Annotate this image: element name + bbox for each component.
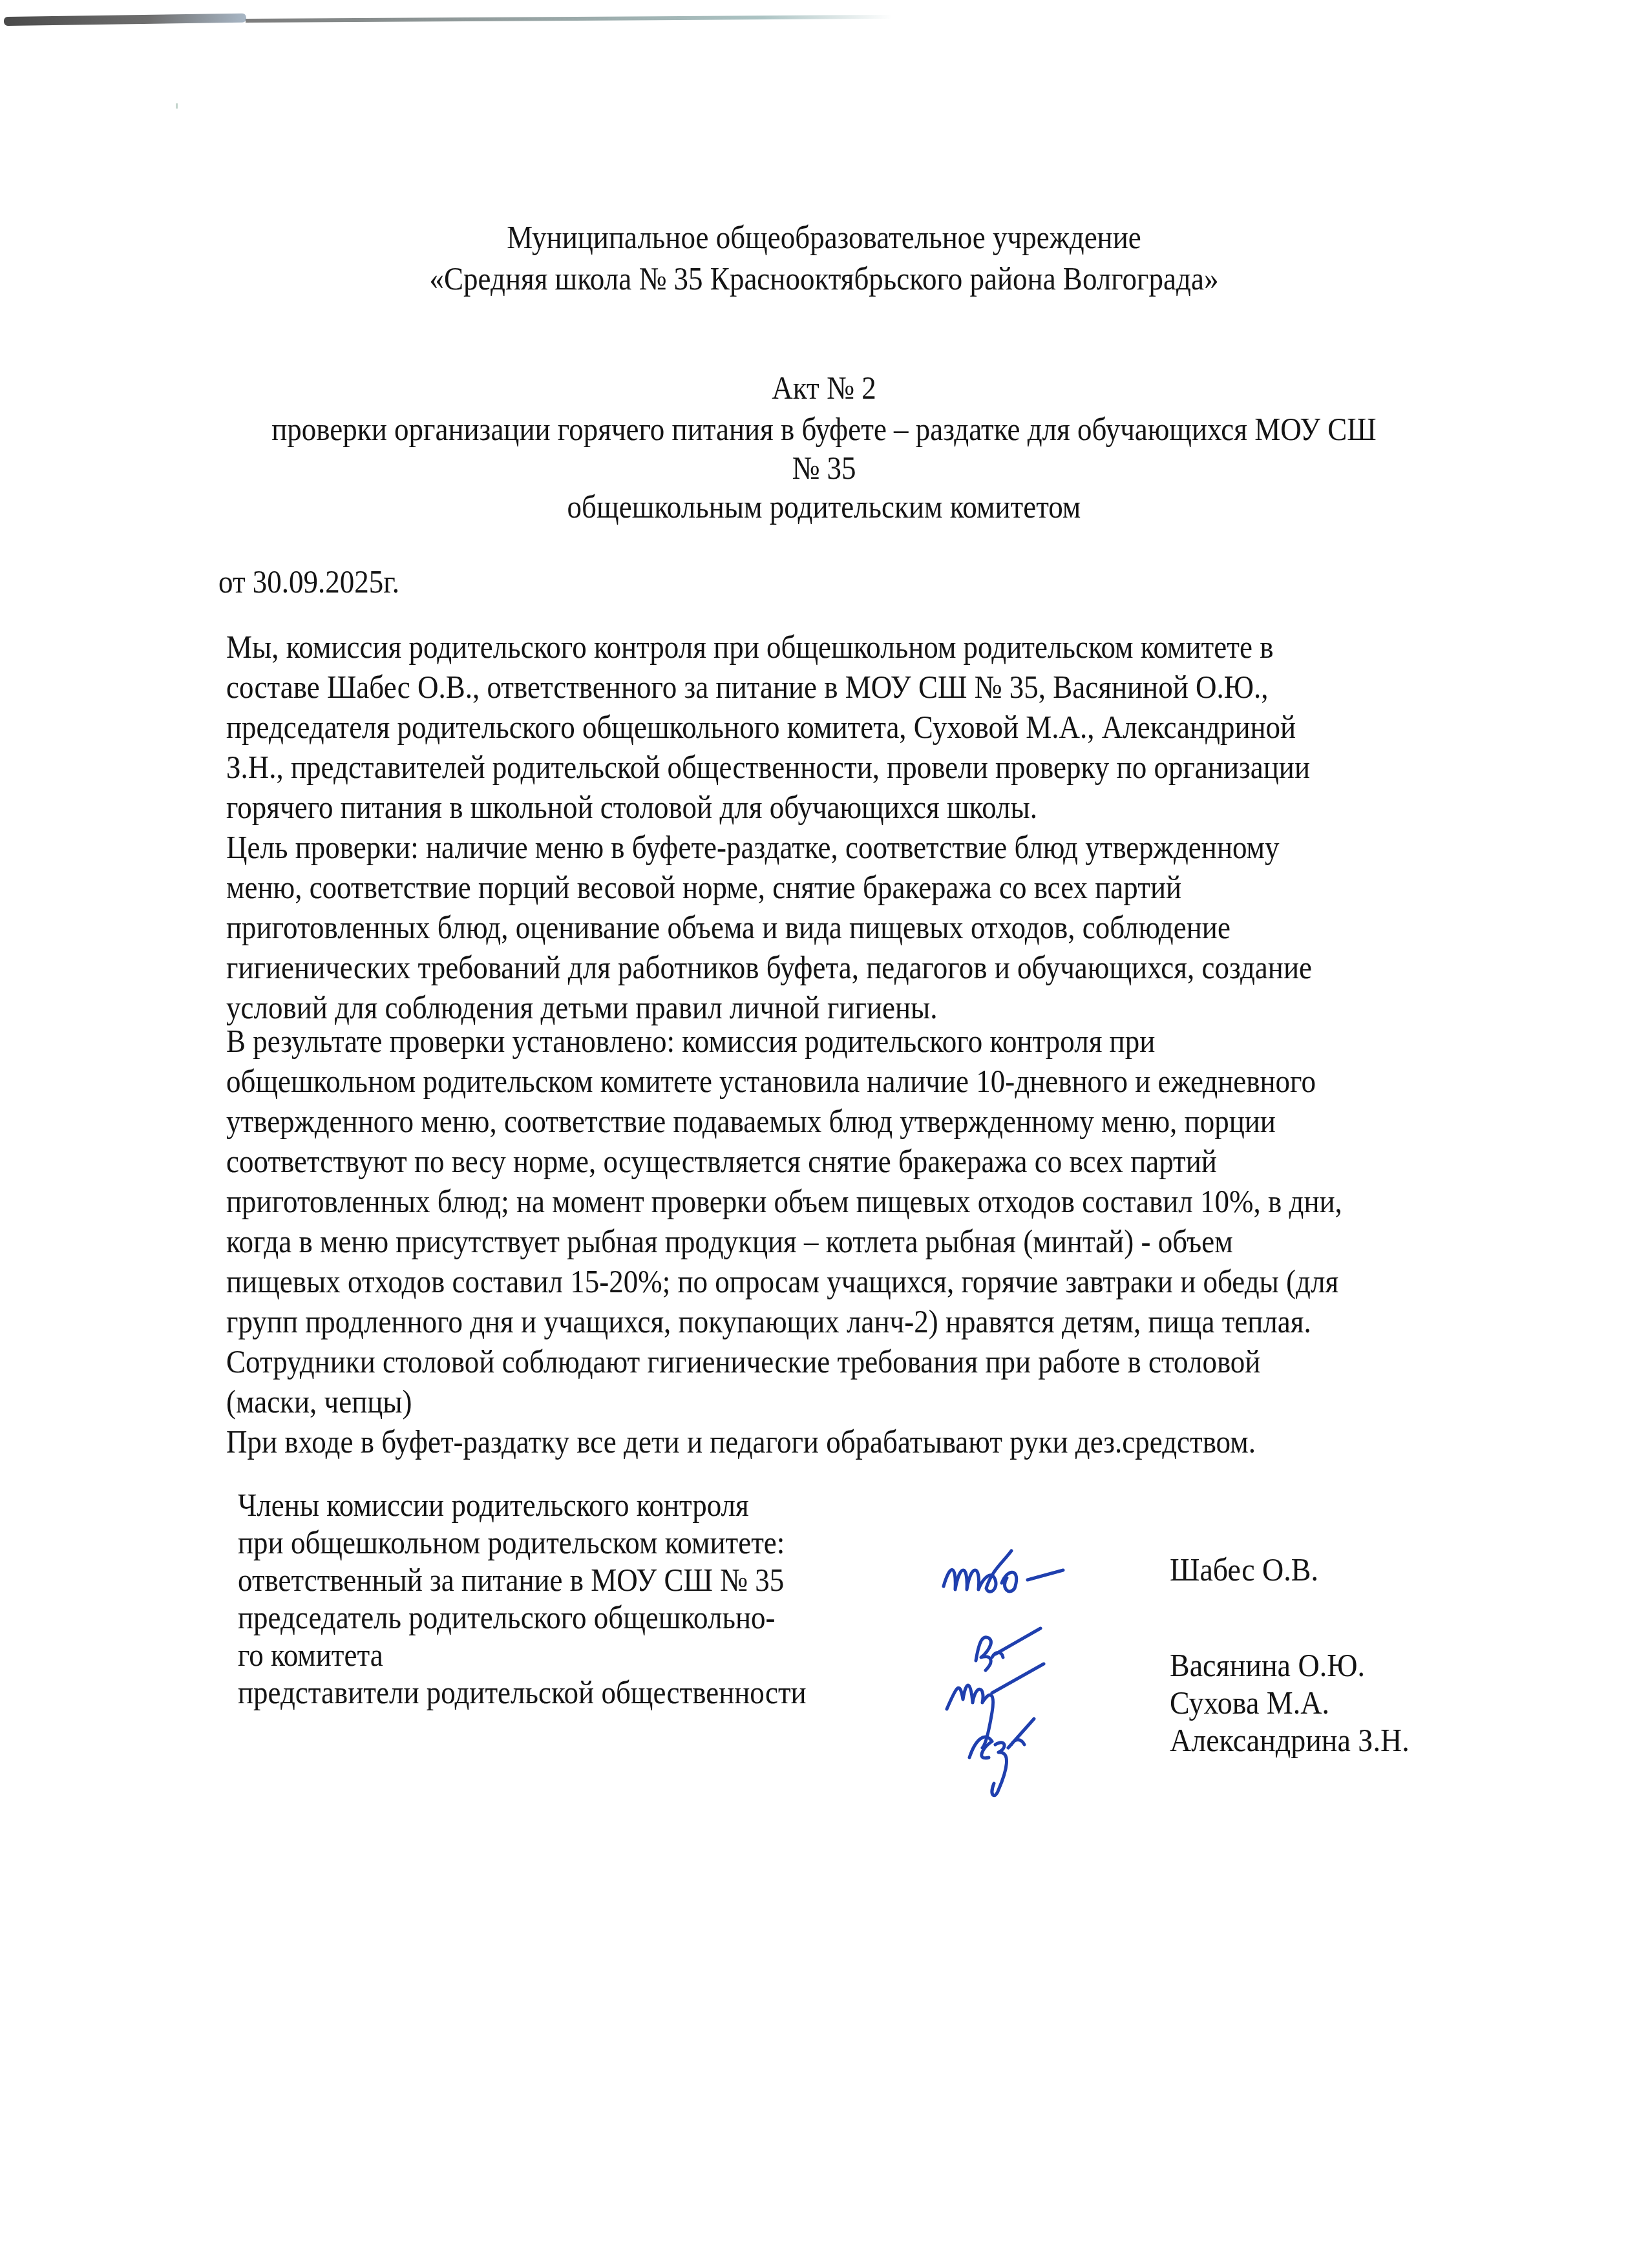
text-line: З.Н., представителей родительской общест… bbox=[226, 747, 1401, 787]
act-subtitle-line-3: общешкольным родительским комитетом bbox=[83, 487, 1566, 526]
text-line: приготовленных блюд, оценивание объема и… bbox=[226, 907, 1401, 947]
text-line: Сотрудники столовой соблюдают гигиеничес… bbox=[226, 1341, 1401, 1381]
act-subtitle-line-1: проверки организации горячего питания в … bbox=[83, 410, 1566, 448]
text-line: При входе в буфет-раздатку все дети и пе… bbox=[226, 1422, 1401, 1462]
text-line: пищевых отходов составил 15-20%; по опро… bbox=[226, 1261, 1401, 1301]
commission-members-roles: Члены комиссии родительского контроля пр… bbox=[238, 1486, 807, 1711]
text-line: групп продленного дня и учащихся, покупа… bbox=[226, 1301, 1401, 1341]
institution-line-2: «Средняя школа № 35 Краснооктябрьского р… bbox=[83, 258, 1566, 299]
institution-line-1: Муниципальное общеобразовательное учрежд… bbox=[83, 216, 1566, 258]
signature-aleksandrina bbox=[969, 1719, 1034, 1796]
text-line: соответствуют по весу норме, осуществляе… bbox=[226, 1141, 1401, 1181]
text-line: меню, соответствие порций весовой норме,… bbox=[226, 867, 1401, 907]
signature-shabes bbox=[944, 1551, 1063, 1591]
member-name: Васянина О.Ю. bbox=[1170, 1646, 1410, 1684]
act-subtitle-line-2: № 35 bbox=[83, 448, 1566, 487]
member-name: Александрина З.Н. bbox=[1170, 1721, 1410, 1759]
text-line: составе Шабес О.В., ответственного за пи… bbox=[226, 667, 1401, 707]
text-line: В результате проверки установлено: комис… bbox=[226, 1021, 1401, 1061]
members-line: го комитета bbox=[238, 1636, 807, 1674]
text-line: горячего питания в школьной столовой для… bbox=[226, 787, 1401, 827]
text-line: утвержденного меню, соответствие подавае… bbox=[226, 1101, 1401, 1141]
paragraph-results: В результате проверки установлено: комис… bbox=[226, 1021, 1401, 1462]
text-line: гигиенических требований для работников … bbox=[226, 947, 1401, 987]
members-line: ответственный за питание в МОУ СШ № 35 bbox=[238, 1561, 807, 1599]
text-line: общешкольном родительском комитете устан… bbox=[226, 1061, 1401, 1101]
text-line: председателя родительского общешкольного… bbox=[226, 707, 1401, 747]
scan-edge-artifact bbox=[4, 14, 246, 26]
text-line: когда в меню присутствует рыбная продукц… bbox=[226, 1221, 1401, 1261]
members-line: при общешкольном родительском комитете: bbox=[238, 1524, 807, 1561]
member-name: Шабес О.В. bbox=[1170, 1551, 1410, 1588]
members-line: представители родительской общественност… bbox=[238, 1674, 807, 1711]
text-line: приготовленных блюд; на момент проверки … bbox=[226, 1181, 1401, 1221]
text-line: (маски, чепцы) bbox=[226, 1381, 1401, 1422]
institution-header: Муниципальное общеобразовательное учрежд… bbox=[83, 216, 1566, 299]
paragraph-commission: Мы, комиссия родительского контроля при … bbox=[226, 627, 1401, 1027]
act-date: от 30.09.2025г. bbox=[218, 562, 399, 601]
scan-speck bbox=[176, 103, 178, 109]
scan-edge-artifact bbox=[246, 15, 892, 23]
signature-vasyanina bbox=[976, 1628, 1041, 1670]
act-heading: Акт № 2 проверки организации горячего пи… bbox=[83, 368, 1566, 526]
act-title: Акт № 2 bbox=[83, 368, 1566, 407]
handwritten-signatures bbox=[931, 1525, 1150, 1809]
text-line: Мы, комиссия родительского контроля при … bbox=[226, 627, 1401, 667]
members-line: председатель родительского общешкольно- bbox=[238, 1599, 807, 1636]
signature-sukhova bbox=[947, 1664, 1044, 1748]
members-line: Члены комиссии родительского контроля bbox=[238, 1486, 807, 1524]
text-line: Цель проверки: наличие меню в буфете-раз… bbox=[226, 827, 1401, 867]
member-name: Сухова М.А. bbox=[1170, 1684, 1410, 1721]
commission-member-names: Шабес О.В. Васянина О.Ю. Сухова М.А. Але… bbox=[1170, 1551, 1410, 1759]
